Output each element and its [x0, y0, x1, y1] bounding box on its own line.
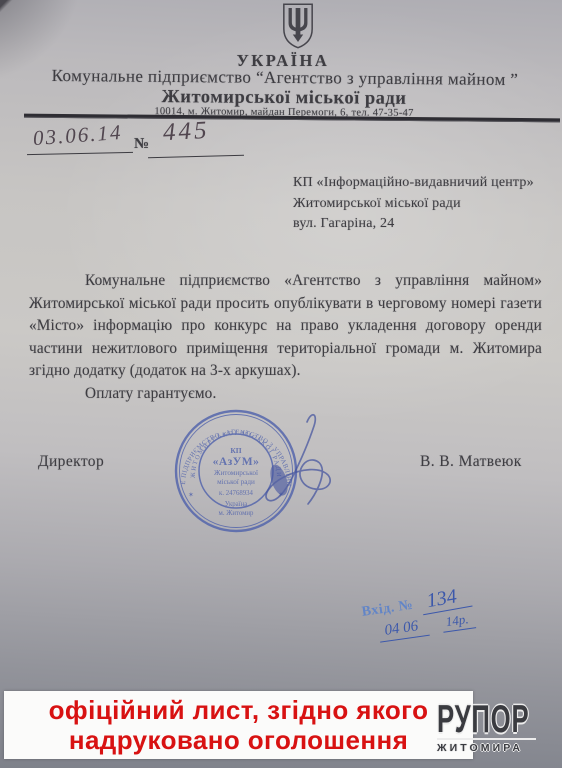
caption-line-2: надруковано оголошення — [4, 725, 473, 755]
recipient-block: КП «Інформаційно-видавничий центр» Житом… — [293, 173, 534, 235]
stamp-bottom-city: м. Житомир — [219, 510, 255, 517]
director-ink-signature — [252, 392, 367, 517]
number-sign-label: № — [134, 136, 149, 153]
incoming-registration-stamp: Вхід. № 134 04 06 14р. — [360, 577, 525, 645]
rupor-zhytomyra-logo: РУПОР ЖИТОМИРА — [437, 699, 562, 754]
caption-line-1: офіційний лист, згідно якого — [4, 695, 473, 725]
caption-banner: офіційний лист, згідно якого надруковано… — [4, 691, 473, 759]
logo-title: РУПОР — [437, 699, 529, 738]
signature-title: Директор — [38, 453, 104, 471]
recipient-line-2: Житомирської міської ради — [293, 194, 534, 215]
stamp-center-kp: КП — [230, 446, 241, 455]
incoming-stamp-year: 14р. — [441, 610, 476, 632]
document-photo: УКРАЇНА Комунальне підприємство “Агентст… — [0, 0, 562, 768]
number-underline — [148, 155, 244, 159]
stamp-center-city2: міської ради — [217, 478, 255, 486]
incoming-stamp-day-month: 04 06 — [378, 617, 430, 643]
stamp-bottom-country: Україна — [225, 501, 247, 508]
letter-body: Комунальне підприємство «Агентство з упр… — [29, 270, 542, 406]
handwritten-outgoing-date: 03.06.14 — [32, 120, 123, 151]
recipient-line-1: КП «Інформаційно-видавничий центр» — [293, 173, 534, 194]
date-underline — [27, 152, 133, 155]
stamp-star-left: ✶ — [188, 491, 194, 499]
letter-paragraph: Комунальне підприємство «Агентство з упр… — [29, 270, 542, 383]
incoming-stamp-number: 134 — [419, 583, 472, 615]
paper-corner-shadow — [0, 0, 16, 12]
handwritten-outgoing-number: 445 — [162, 117, 210, 147]
stamp-center-code: к. 24768934 — [219, 490, 253, 497]
signature-name: В. В. Матвеюк — [420, 453, 522, 471]
logo-subtitle: ЖИТОМИРА — [437, 738, 536, 754]
ukraine-trident-emblem-icon — [281, 2, 315, 50]
incoming-stamp-label: Вхід. № — [361, 598, 414, 621]
recipient-line-3: вул. Гагаріна, 24 — [293, 214, 534, 235]
